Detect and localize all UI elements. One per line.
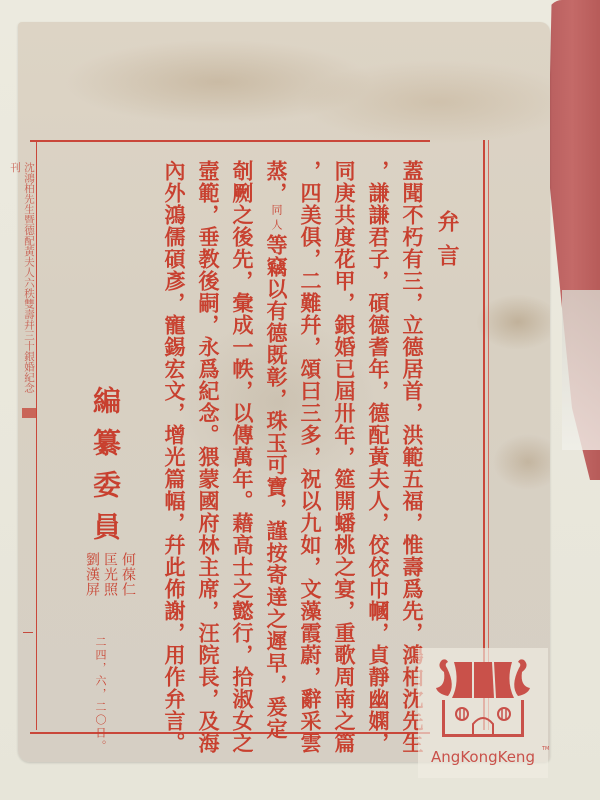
text-column-8: 內外鴻儒碩彥，寵錫宏文，增光篇幅，幷此佈謝，用作弁言。: [160, 160, 188, 754]
inline-small-text: 同人: [270, 204, 283, 234]
watermark-logo: AngKongKeng TM: [418, 648, 548, 778]
text-column-7: 壼範，垂教後嗣，永爲紀念。猥蒙國府林主席，汪院長，及海: [194, 160, 222, 754]
cloth-shadow: [562, 290, 600, 450]
text-column-3: 同庚共度花甲，銀婚已屆卅年，筵開蟠桃之宴，重歌周南之篇: [330, 160, 358, 754]
committee-title: 編纂委員: [85, 386, 125, 554]
text-column-5: 蒸，同人等竊以有德既彰，珠玉可寶，謹按寄達之遲早，爰定: [262, 160, 290, 740]
watermark-brand: AngKongKeng: [418, 748, 548, 766]
text-column-2: ，謙謙君子，碩德耆年，德配黃夫人，佼佼巾幗，貞靜幽嫻，: [364, 160, 392, 754]
committee-name-3: 劉漢屏: [82, 552, 102, 597]
right-rule: [483, 140, 485, 730]
committee-name-1: 何葆仁: [118, 552, 138, 597]
page-title: 弁言: [432, 210, 463, 278]
document-date: 二四，六，二〇日。: [92, 636, 108, 753]
committee-name-2: 匡光照: [100, 552, 120, 597]
side-title: 沈鴻柏先生暨德配黃夫人六秩雙壽幷三十銀婚紀念刊: [22, 162, 36, 402]
side-dash: [23, 632, 33, 633]
house-logo-icon: [428, 652, 538, 744]
column-5-rest: 等竊以有德既彰，珠玉可寶，謹按寄達之遲早，爰定: [264, 234, 289, 740]
trademark-mark: TM: [542, 746, 549, 752]
side-page-mark: [22, 408, 36, 418]
column-5-start: 蒸，: [264, 160, 289, 204]
right-rule-inner: [488, 140, 489, 730]
text-column-6: 剞劂之後先，彙成一帙，以傳萬年。藉高士之懿行，拾淑女之: [228, 160, 256, 754]
left-rule: [36, 140, 37, 730]
text-column-4: ，四美俱，二難幷，頌曰三多，祝以九如，文藻霞蔚，辭采雲: [296, 160, 324, 754]
